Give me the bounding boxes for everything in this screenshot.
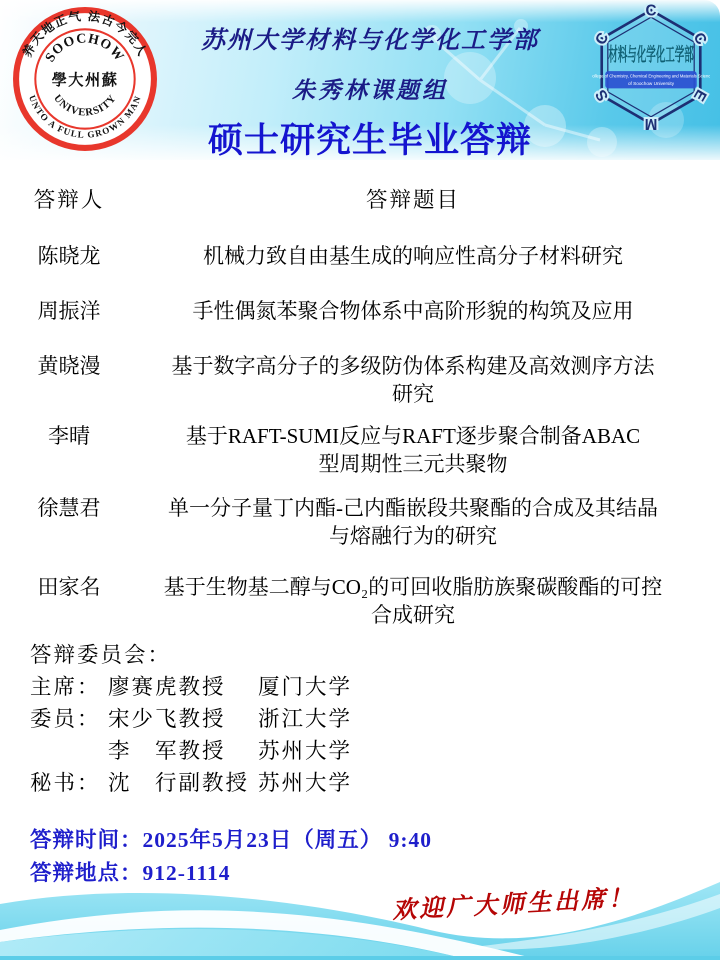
defense-time-row: 答辩时间：2025年5月23日（周五） 9:40: [30, 824, 695, 857]
member-name-title: 沈 行副教授: [108, 767, 258, 799]
column-header-topic: 答辩题目: [131, 183, 695, 214]
member-name-title: 李 军教授: [108, 735, 258, 767]
committee-section: 答辩委员会： 主席：廖赛虎教授厦门大学 委员：宋少飞教授浙江大学 李 军教授苏州…: [30, 639, 695, 799]
committee-member-row: 秘书：沈 行副教授苏州大学: [30, 767, 695, 799]
badge-letter-m-bottom: M: [645, 115, 658, 130]
badge-caption-line1: College of Chemistry, Chemical Engineeri…: [592, 74, 710, 79]
table-row: 黄晓漫 基于数字高分子的多级防伪体系构建及高效测序方法 研究: [25, 352, 695, 408]
committee-heading: 答辩委员会：: [30, 639, 695, 671]
member-name-title: 廖赛虎教授: [108, 671, 258, 703]
defender-name: 田家名: [25, 573, 113, 601]
member-university: 苏州大学: [258, 739, 352, 763]
seal-name-cn: 學大州蘇: [51, 71, 119, 89]
member-university: 浙江大学: [258, 707, 352, 731]
research-group-title: 朱秀林课题组: [150, 72, 590, 105]
table-row: 田家名 基于生物基二醇与CO₂的可回收脂肪族聚碳酸酯的可控 合成研究: [25, 573, 695, 629]
defender-name: 李晴: [25, 422, 113, 450]
table-row: 徐慧君 单一分子量丁内酯-己内酯嵌段共聚酯的合成及其结晶 与熔融行为的研究: [25, 494, 695, 550]
defender-name: 陈晓龙: [25, 242, 113, 270]
member-role: 秘书：: [30, 767, 108, 799]
topic-line: 基于RAFT-SUMI反应与RAFT逐步聚合制备ABAC: [131, 422, 695, 450]
table-row: 周振洋 手性偶氮苯聚合物体系中高阶形貌的构筑及应用: [25, 297, 695, 325]
committee-member-row: 委员：宋少飞教授浙江大学: [30, 703, 695, 735]
defender-name: 周振洋: [25, 297, 113, 325]
defense-announcement-poster: 养天地正气 法古今完人 UNTO A FULL GROWN MAN SOOCHO…: [0, 0, 720, 960]
topic-line: 机械力致自由基生成的响应性高分子材料研究: [131, 242, 695, 270]
topic-line: 单一分子量丁内酯-己内酯嵌段共聚酯的合成及其结晶: [131, 494, 695, 522]
defender-name: 黄晓漫: [25, 352, 113, 380]
member-university: 苏州大学: [258, 771, 352, 795]
topic-line: 手性偶氮苯聚合物体系中高阶形貌的构筑及应用: [131, 297, 695, 325]
member-role: 委员：: [30, 703, 108, 735]
member-university: 厦门大学: [258, 675, 352, 699]
organization-title: 苏州大学材料与化学化工学部: [150, 20, 590, 55]
topic-line: 研究: [131, 380, 695, 408]
soochow-university-seal: 养天地正气 法古今完人 UNTO A FULL GROWN MAN SOOCHO…: [12, 6, 158, 152]
table-row: 李晴 基于RAFT-SUMI反应与RAFT逐步聚合制备ABAC 型周期性三元共聚…: [25, 422, 695, 478]
committee-member-row: 李 军教授苏州大学: [30, 735, 695, 767]
defense-time-value: 2025年5月23日（周五） 9:40: [143, 828, 433, 852]
table-row: 陈晓龙 机械力致自由基生成的响应性高分子材料研究: [25, 242, 695, 270]
defense-time-label: 答辩时间：: [30, 828, 143, 852]
defender-name: 徐慧君: [25, 494, 113, 522]
committee-member-row: 主席：廖赛虎教授厦门大学: [30, 671, 695, 703]
topic-line: 基于数字高分子的多级防伪体系构建及高效测序方法: [131, 352, 695, 380]
table-header-row: 答辩人 答辩题目: [25, 183, 695, 214]
poster-body: 答辩人 答辩题目 陈晓龙 机械力致自由基生成的响应性高分子材料研究 周振洋 手性…: [25, 183, 695, 890]
member-name-title: 宋少飞教授: [108, 703, 258, 735]
topic-line: 合成研究: [131, 601, 695, 629]
college-hexagon-badge: C C E M S C 材料与化学化工学部 College of Chemist…: [592, 4, 710, 130]
header-banner: 养天地正气 法古今完人 UNTO A FULL GROWN MAN SOOCHO…: [0, 0, 720, 160]
badge-letter-c-top: C: [645, 4, 656, 20]
badge-caption-line2: of Soochow University: [628, 81, 675, 86]
badge-inner-calligraphy: 材料与化学化工学部: [608, 44, 694, 66]
topic-line: 型周期性三元共聚物: [131, 450, 695, 478]
member-role: 主席：: [30, 671, 108, 703]
topic-line: 基于生物基二醇与CO₂的可回收脂肪族聚碳酸酯的可控: [131, 573, 695, 601]
event-title: 硕士研究生毕业答辩: [150, 113, 590, 163]
topic-line: 与熔融行为的研究: [131, 522, 695, 550]
column-header-person: 答辩人: [25, 183, 113, 214]
